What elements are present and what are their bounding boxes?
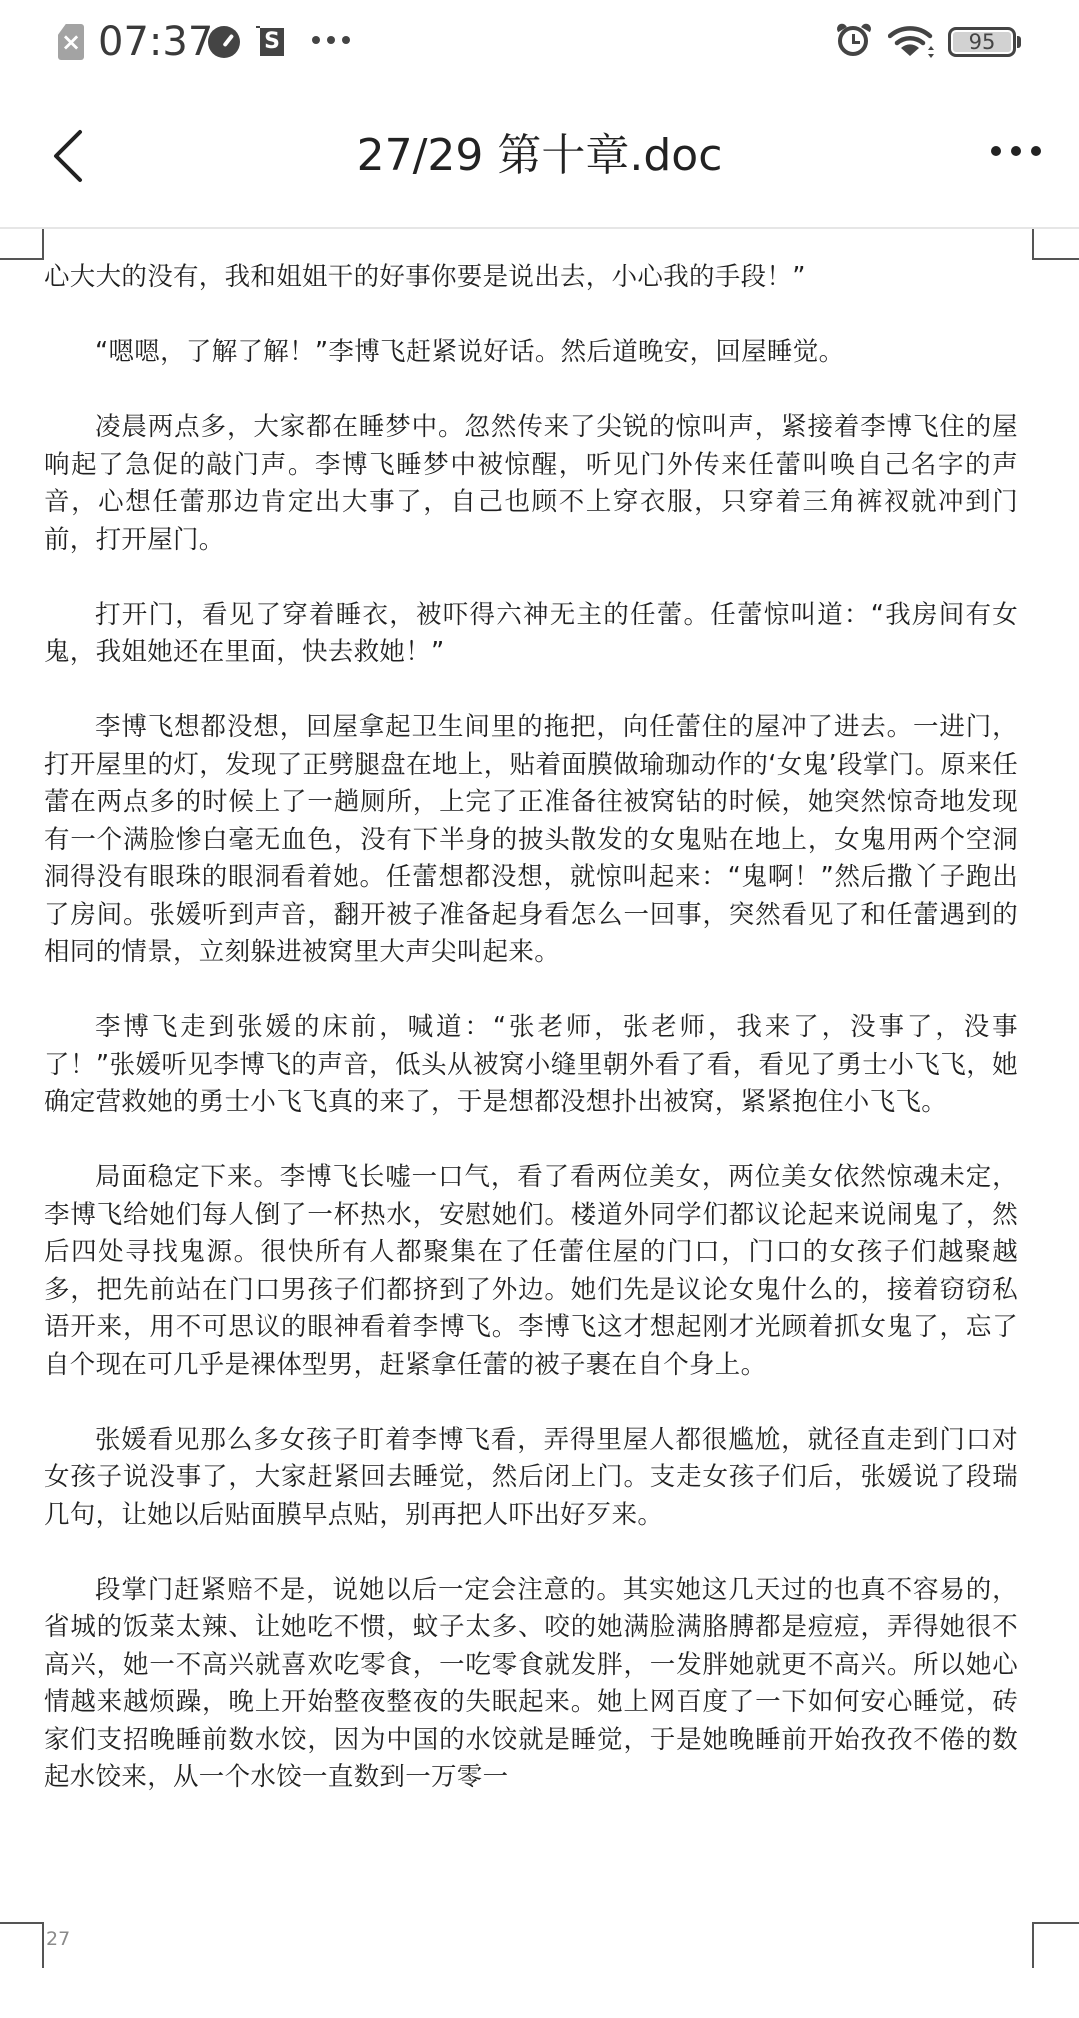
document-title: 27/29 第十章.doc <box>0 126 1079 186</box>
alarm-icon <box>838 26 868 56</box>
margin-corner-bottom-right <box>1032 1922 1079 1968</box>
paragraph: 凌晨两点多，大家都在睡梦中。忽然传来了尖锐的惊叫声，紧接着李博飞住的屋响起了急促… <box>44 409 1018 559</box>
title-bar: 27/29 第十章.doc <box>0 86 1079 227</box>
more-notifications-icon <box>312 36 350 44</box>
document-body: 心大大的没有，我和姐姐干的好事你要是说出去，小心我的手段！” “嗯嗯，了解了解！… <box>44 259 1018 1834</box>
paragraph: 李博飞想都没想，回屋拿起卫生间里的拖把，向任蕾住的屋冲了进去。一进门，打开屋里的… <box>44 709 1018 972</box>
status-time: 07:37 <box>98 18 213 66</box>
status-bar: × 07:37 S 95 <box>0 0 1079 86</box>
paragraph: 打开门，看见了穿着睡衣，被吓得六神无主的任蕾。任蕾惊叫道：“我房间有女鬼，我姐她… <box>44 597 1018 672</box>
battery-tip <box>1017 36 1021 48</box>
margin-corner-top-right <box>1032 229 1079 260</box>
sim-missing-icon: × <box>58 24 84 60</box>
document-page[interactable]: 心大大的没有，我和姐姐干的好事你要是说出去，小心我的手段！” “嗯嗯，了解了解！… <box>0 229 1079 2018</box>
paragraph: 李博飞走到张媛的床前，喊道：“张老师，张老师，我来了，没事了，没事了！”张媛听见… <box>44 1009 1018 1122</box>
more-options-button[interactable] <box>991 146 1041 156</box>
paragraph: 段掌门赶紧赔不是，说她以后一定会注意的。其实她这几天过的也真不容易的，省城的饭菜… <box>44 1572 1018 1797</box>
page-number: 27 <box>46 1928 70 1950</box>
wifi-icon <box>888 24 936 60</box>
paragraph: 局面稳定下来。李博飞长嘘一口气，看了看两位美女，两位美女依然惊魂未定，李博飞给她… <box>44 1159 1018 1384</box>
margin-corner-bottom-left <box>0 1922 44 1968</box>
paragraph: 心大大的没有，我和姐姐干的好事你要是说出去，小心我的手段！” <box>44 259 1018 297</box>
speedometer-icon <box>208 26 240 58</box>
more-horizontal-icon <box>991 146 1001 156</box>
battery-icon: 95 <box>948 27 1016 57</box>
screenshot-icon: S <box>260 28 284 56</box>
battery-level: 95 <box>953 32 1011 52</box>
paragraph: 张媛看见那么多女孩子盯着李博飞看，弄得里屋人都很尴尬，就径直走到门口对女孩子说没… <box>44 1422 1018 1535</box>
margin-corner-top-left <box>0 229 44 260</box>
paragraph: “嗯嗯，了解了解！”李博飞赶紧说好话。然后道晚安，回屋睡觉。 <box>44 334 1018 372</box>
